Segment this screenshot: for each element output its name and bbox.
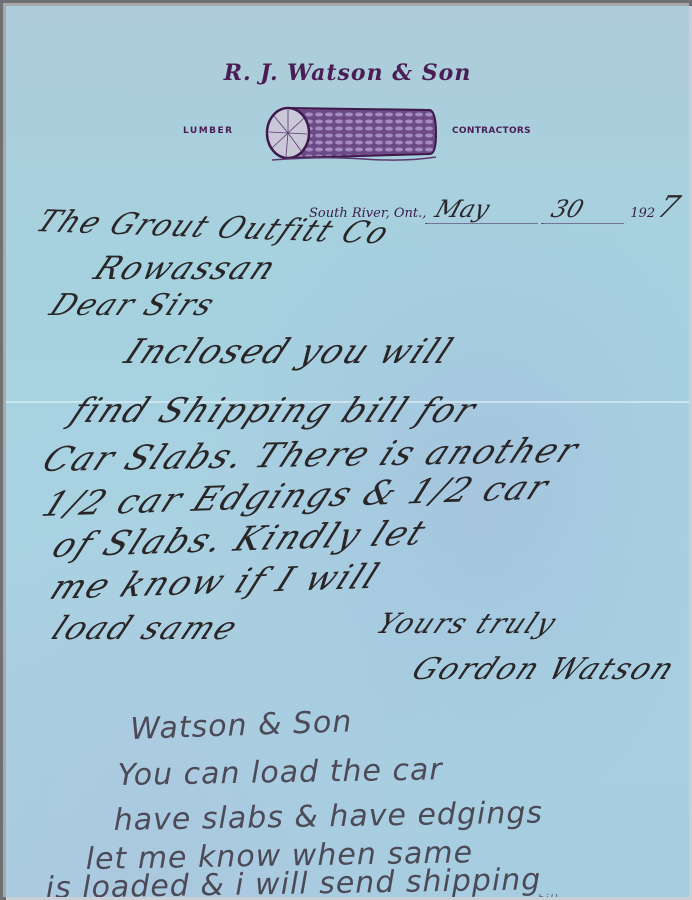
postscript-footnote: bill — [538, 894, 559, 900]
letterhead-lumber-label: LUMBER — [183, 126, 234, 136]
date-month: May — [426, 195, 547, 224]
postscript-line: Watson & Son — [130, 704, 353, 747]
body-line: Inclosed you will — [118, 332, 461, 372]
salutation: Dear Sirs — [44, 288, 222, 323]
body-line: find Shipping bill for — [64, 391, 484, 431]
postscript-line: have slabs & have edgings — [113, 796, 543, 838]
image-frame: R. J. Watson & Son LUMBER CONTRACTORS So… — [0, 0, 692, 900]
postscript-line: You can load the car — [117, 752, 443, 793]
letter-paper: R. J. Watson & Son LUMBER CONTRACTORS So… — [6, 6, 692, 900]
date-day: 30 — [542, 195, 633, 224]
handwritten-year-digit: 7 — [653, 190, 685, 225]
printed-year-prefix: 192 — [630, 206, 655, 221]
closing: Yours truly — [371, 607, 563, 640]
body-line: load same — [46, 609, 246, 647]
letterhead-company-name: R. J. Watson & Son — [6, 60, 689, 86]
body-line: me know if I will — [44, 557, 387, 608]
letterhead-contractors-label: CONTRACTORS — [452, 126, 531, 136]
signature: Gordon Watson — [406, 652, 682, 687]
log-icon — [264, 104, 440, 164]
addressee-line-2: Rowassan — [88, 249, 284, 287]
